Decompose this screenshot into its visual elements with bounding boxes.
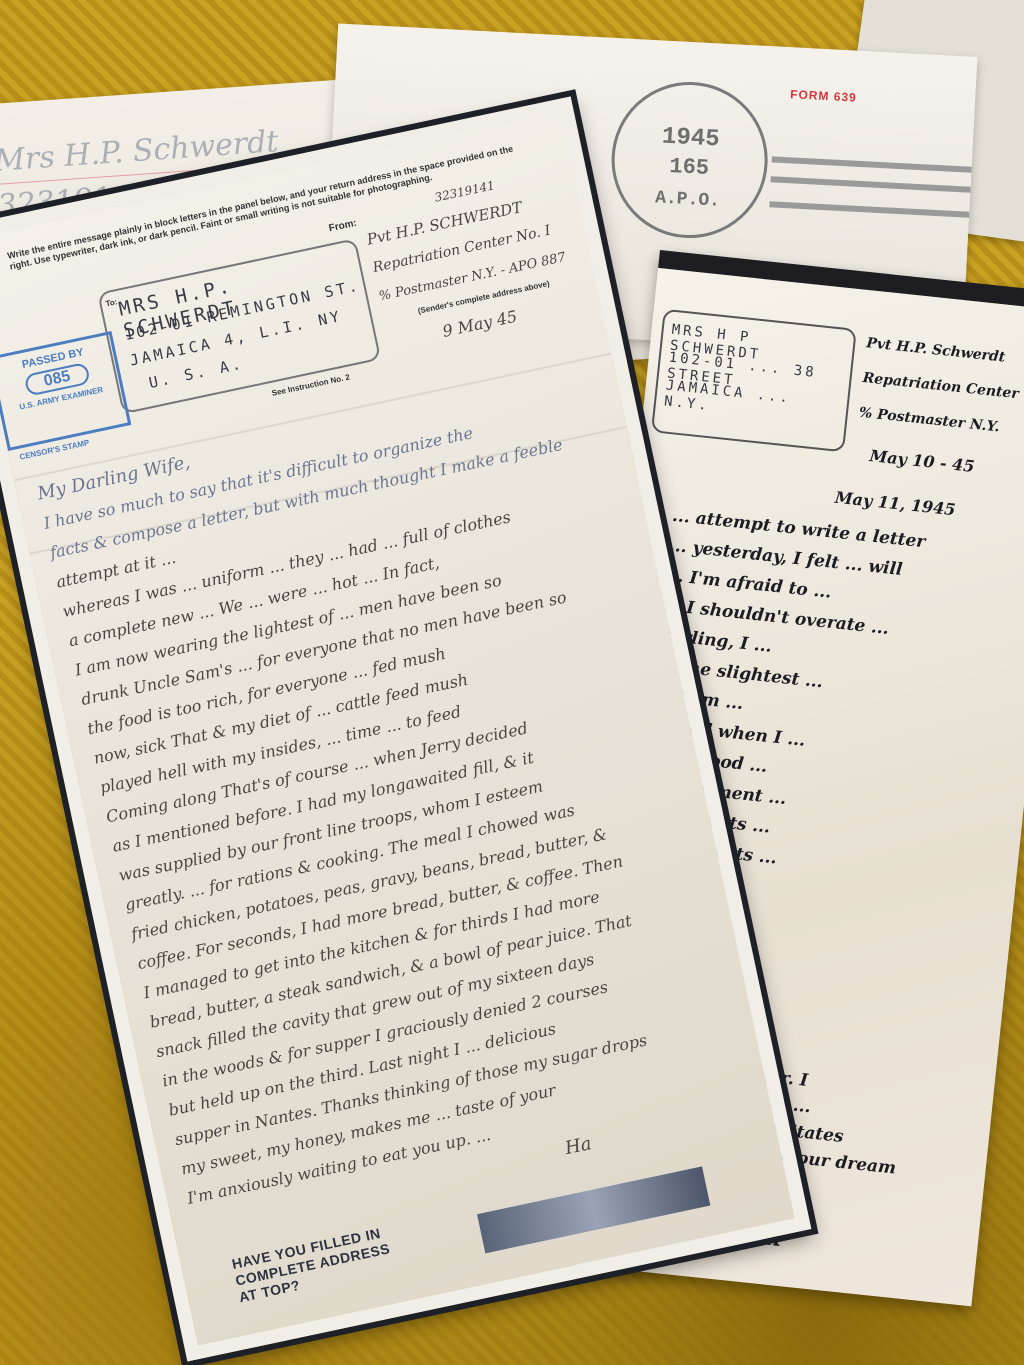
cancel-bar — [771, 176, 971, 192]
postmark-stamp: 1945 165 A.P.O. — [608, 78, 772, 242]
from-label: From: — [328, 218, 358, 235]
cancel-bar — [772, 156, 972, 172]
censor-stamp: PASSED BY 085 U.S. ARMY EXAMINER — [0, 331, 131, 451]
date-field: May 10 - 45 — [869, 446, 976, 476]
cancel-bar — [769, 201, 969, 217]
letter-date: May 11, 1945 — [834, 488, 956, 520]
form-label: FORM 639 — [790, 87, 857, 104]
footer-prompt: HAVE YOU FILLED IN COMPLETE ADDRESS AT T… — [230, 1219, 417, 1306]
sender-line: Pvt H.P. Schwerdt — [866, 335, 1006, 365]
postmark-year: 1945 — [615, 121, 766, 156]
postmark-number: 165 — [614, 151, 765, 184]
recipient-box: MRS H P SCHWERDT 102-01 ... 38 STREET JA… — [651, 309, 857, 453]
sender-line: % Postmaster N.Y. — [858, 405, 1000, 436]
sender-line: Repatriation Center — [862, 370, 1020, 402]
recipient-box: To: MRS H.P. SCHWERDT 102-01 REMINGTON S… — [97, 238, 381, 414]
sender-serial: 32319141 — [433, 178, 496, 204]
postmark-apo: A.P.O. — [612, 186, 763, 214]
left-letter-body: My Darling Wife, I have so much to say t… — [35, 362, 755, 1243]
letter-date: 9 May 45 — [441, 307, 519, 341]
photo-edge-strip — [477, 1166, 710, 1253]
